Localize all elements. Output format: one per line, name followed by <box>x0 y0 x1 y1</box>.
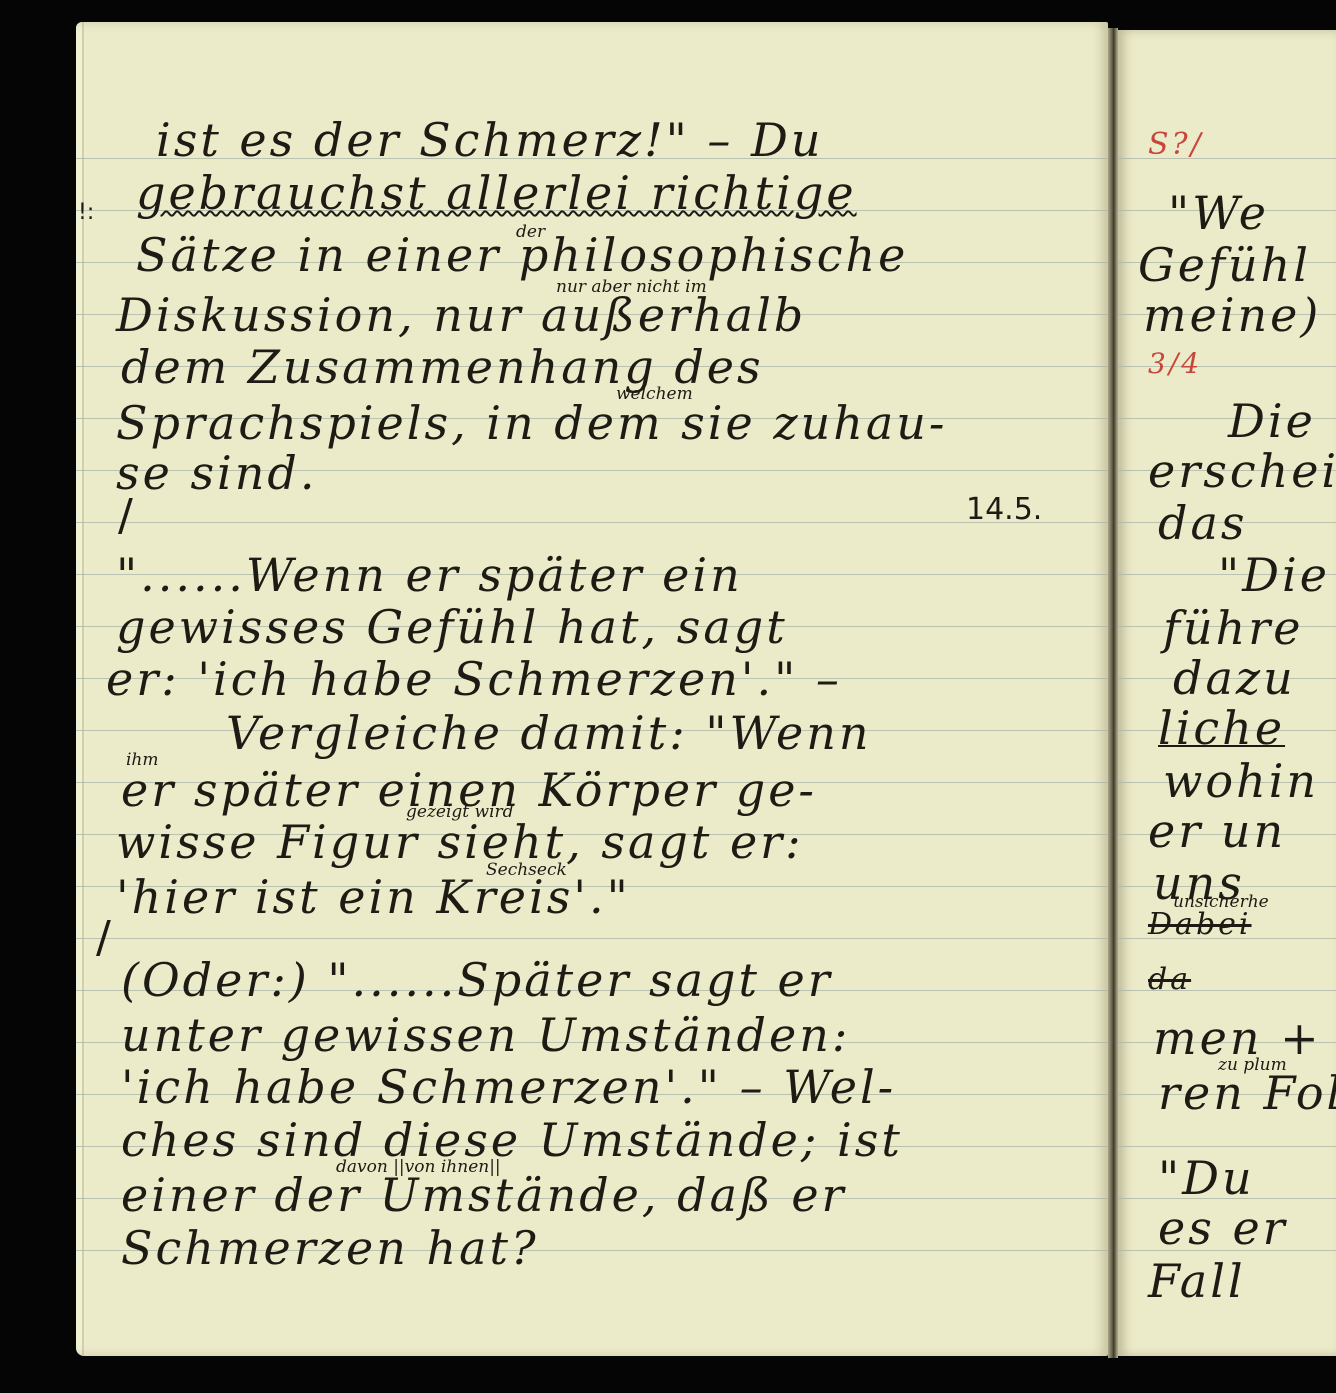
handwritten-line-9: gewisses Gefühl hat, sagt <box>116 604 788 650</box>
handwritten-line-7: se sind. <box>116 450 317 496</box>
section-mark: / <box>118 490 133 541</box>
entry-date: 14.5. <box>966 492 1042 527</box>
right-notebook-page: S?/ "We Gefühl meine) 3/4 Die erscheint … <box>1118 30 1336 1356</box>
right-fragment-4: Die <box>1228 398 1316 444</box>
handwritten-line-1: ist es der Schmerz!" – Du <box>156 117 824 163</box>
right-fragment-6: das <box>1158 500 1247 546</box>
handwritten-line-8: "......Wenn er später ein <box>116 552 743 598</box>
handwritten-line-4: Diskussion, nur außerhalb <box>116 292 806 338</box>
handwritten-line-2: gebrauchst allerlei richtige <box>136 170 857 216</box>
handwritten-line-11: Vergleiche damit: "Wenn <box>226 710 872 756</box>
handwritten-line-14: 'hier ist ein Kreis'." <box>116 874 631 920</box>
handwritten-line-3: Sätze in einer philosophische <box>136 232 908 278</box>
handwritten-line-16: unter gewissen Umständen: <box>121 1012 850 1058</box>
section-mark: / <box>96 912 111 963</box>
ruled-line <box>76 938 1108 939</box>
right-fragment-3: meine) <box>1143 292 1321 338</box>
red-margin-mark: 3/4 <box>1148 350 1202 378</box>
margin-mark: !: <box>78 200 94 225</box>
right-fragment-18: Fall <box>1148 1258 1246 1304</box>
right-fragment-2: Gefühl <box>1138 242 1311 288</box>
right-struck-fragment: da <box>1148 965 1191 995</box>
right-fragment-7: "Die <box>1218 552 1330 598</box>
right-fragment-11: wohin <box>1163 758 1319 804</box>
red-margin-mark: S?/ <box>1148 130 1204 160</box>
handwritten-line-13: wisse Figur sieht, sagt er: <box>116 819 804 865</box>
handwritten-line-10: er: 'ich habe Schmerzen'." – <box>106 656 842 702</box>
handwritten-line-6: Sprachspiels, in dem sie zuhau- <box>116 400 947 446</box>
right-fragment-1: "We <box>1168 190 1269 236</box>
right-fragment-12: er un <box>1148 808 1286 854</box>
ruled-line <box>1118 1146 1336 1147</box>
right-fragment-16: "Du <box>1158 1155 1255 1201</box>
right-fragment-8: führe <box>1163 605 1304 651</box>
right-struck-fragment: Dabei <box>1148 910 1252 940</box>
right-fragment-17: es er <box>1158 1205 1288 1251</box>
notebook-spine <box>1108 28 1118 1358</box>
ruled-line <box>76 522 1108 523</box>
handwritten-line-20: Schmerzen hat? <box>121 1225 539 1271</box>
handwritten-line-18: ches sind diese Umstände; ist <box>121 1117 903 1163</box>
handwritten-line-19: einer der Umstände, daß er <box>121 1172 847 1218</box>
left-notebook-page: !: ist es der Schmerz!" – Du gebrauchst … <box>76 22 1108 1356</box>
right-fragment-9: dazu <box>1173 655 1296 701</box>
right-fragment-5: erscheint <box>1148 448 1336 494</box>
right-fragment-10: liche <box>1158 705 1285 751</box>
handwritten-line-15: (Oder:) "......Später sagt er <box>121 957 833 1003</box>
handwritten-line-17: 'ich habe Schmerzen'." – Wel- <box>121 1064 896 1110</box>
right-fragment-15: ren Fol <box>1158 1070 1336 1116</box>
